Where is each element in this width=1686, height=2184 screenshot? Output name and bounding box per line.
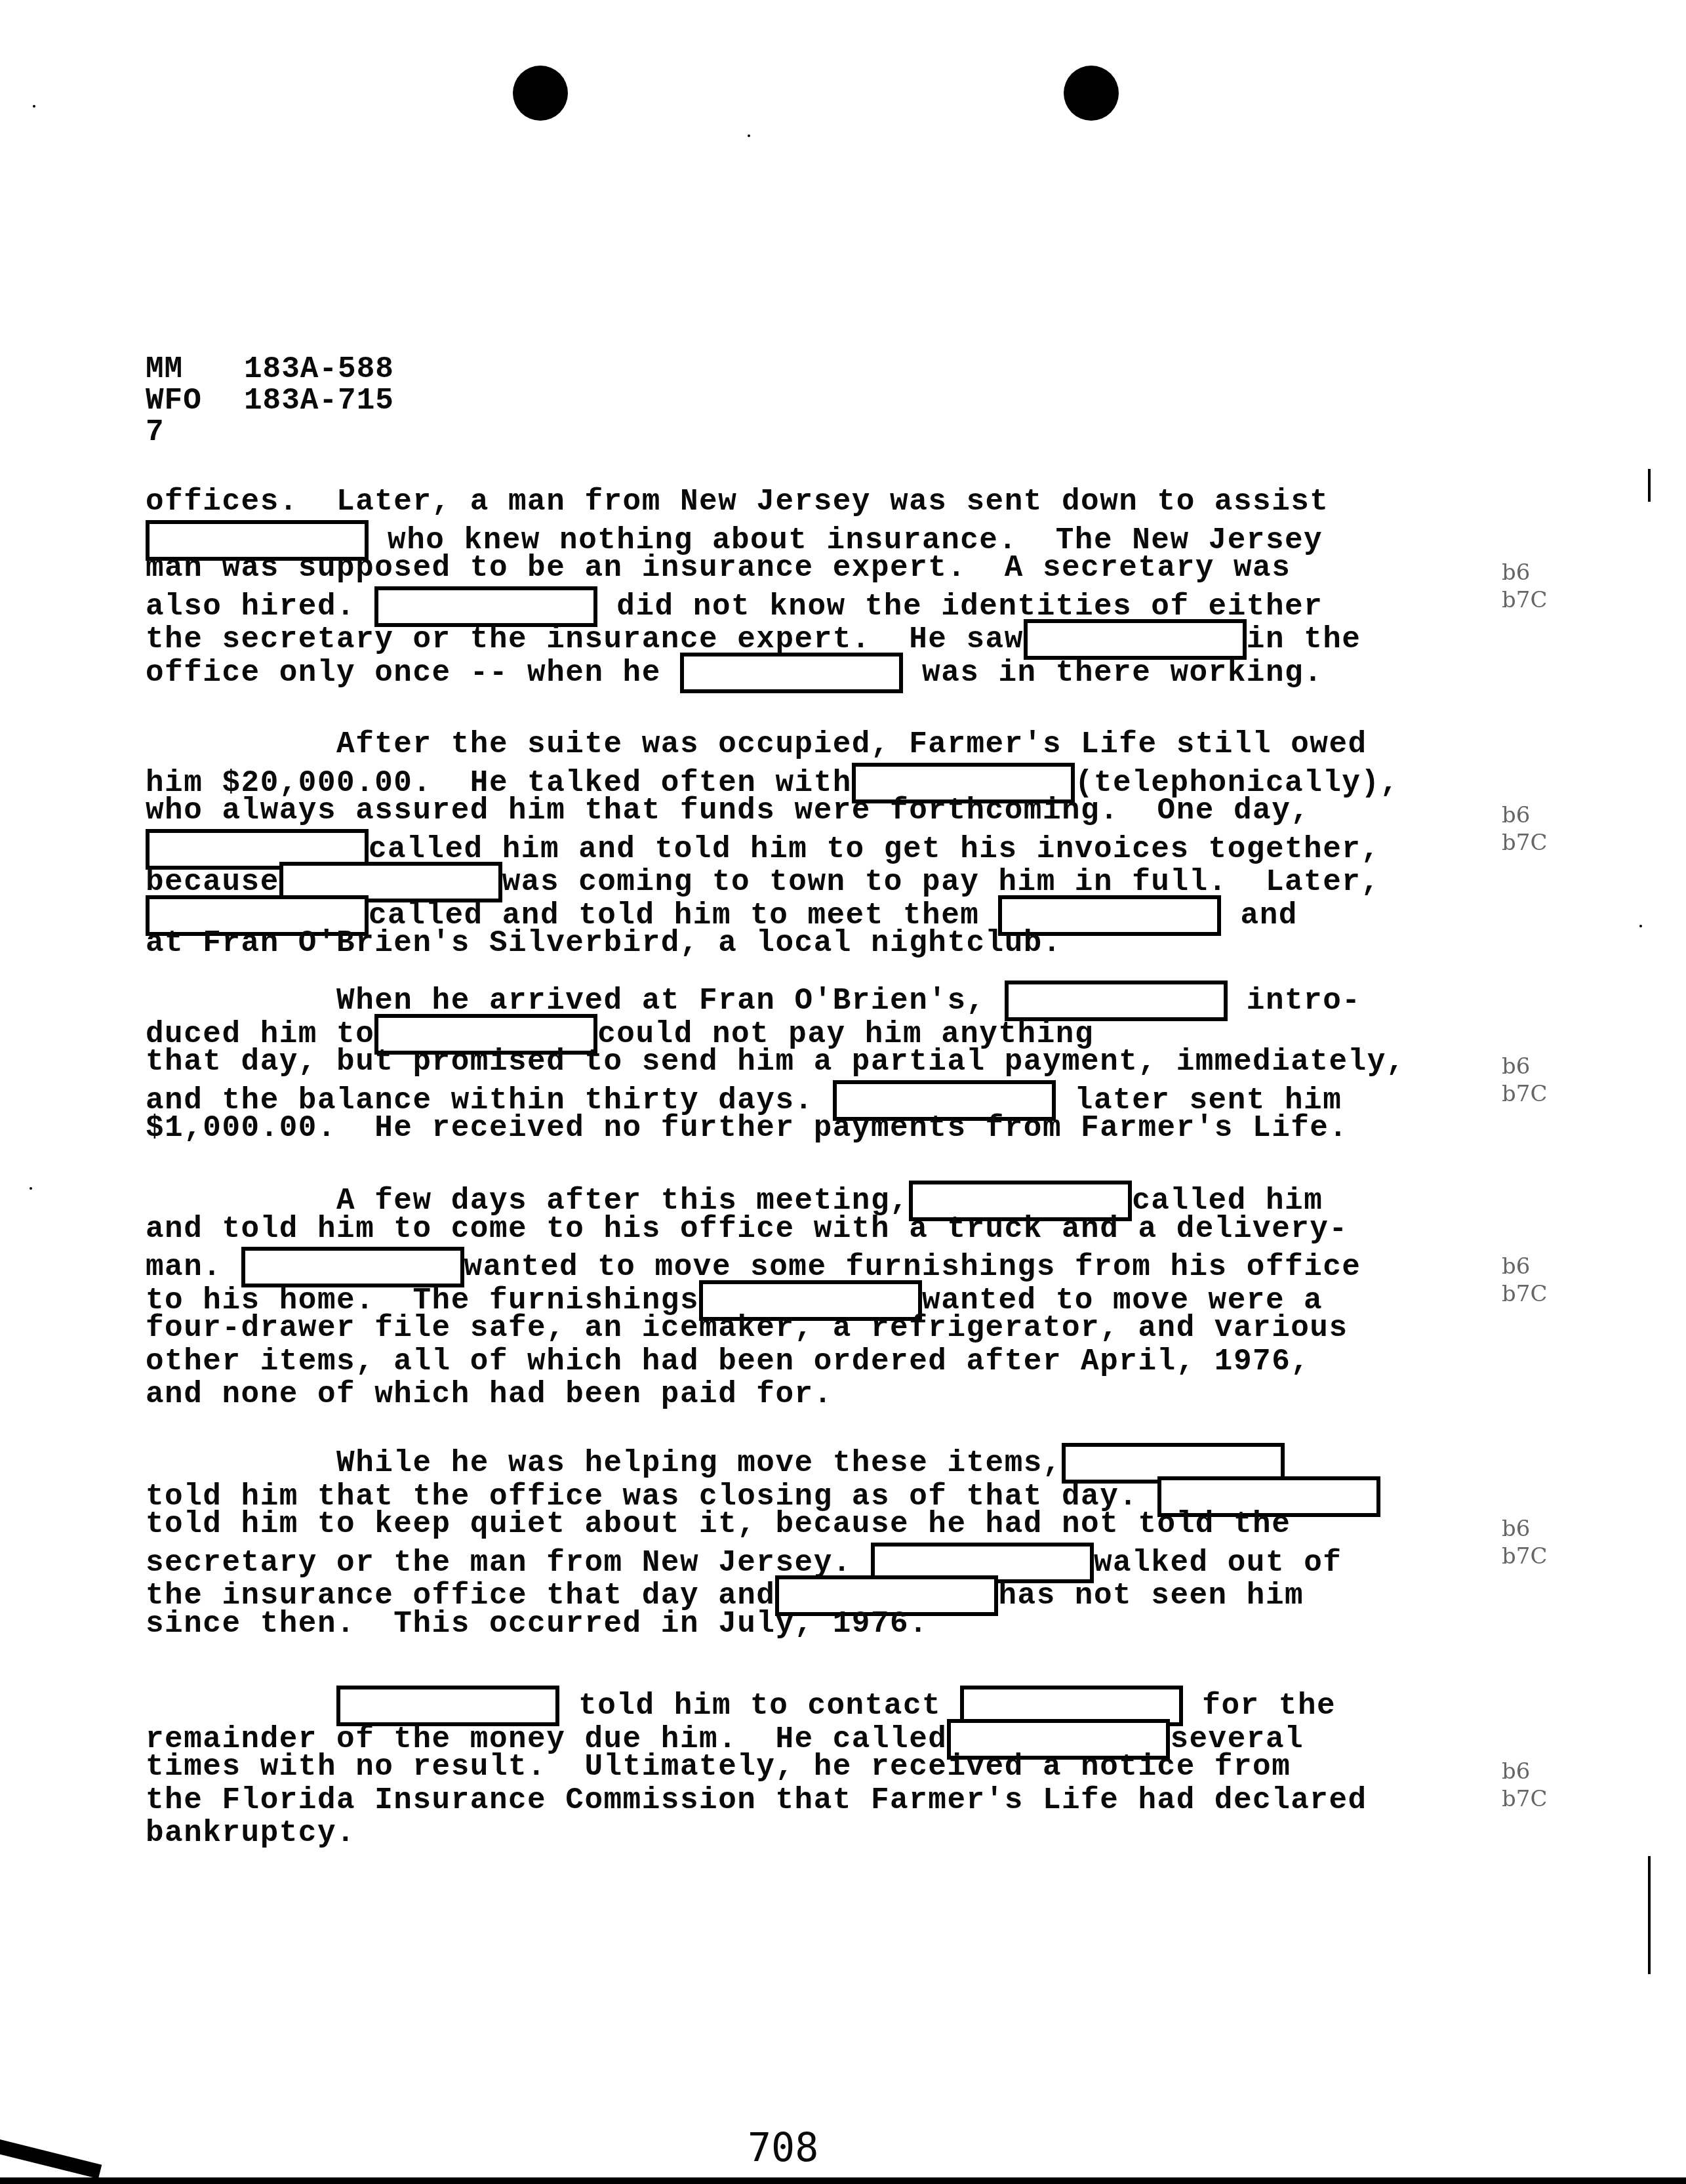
file-office: MM — [146, 354, 244, 384]
scan-mark — [1648, 1856, 1651, 1974]
text-segment: walked out of — [1094, 1546, 1342, 1580]
text-segment: the secretary or the insurance expert. H… — [146, 622, 1024, 657]
scan-speck — [30, 1187, 32, 1190]
file-number: 183A-715 — [244, 384, 394, 418]
exemption-code: b7C — [1502, 1543, 1547, 1570]
exemption-code-pair: b6b7C — [1502, 801, 1547, 857]
text-segment: that day, but promised to send him a par… — [146, 1045, 1405, 1079]
text-line: other items, all of which had been order… — [146, 1346, 1310, 1377]
exemption-code: b7C — [1502, 586, 1547, 614]
exemption-code-pair: b6b7C — [1502, 1758, 1547, 1813]
text-segment: the Florida Insurance Commission that Fa… — [146, 1783, 1367, 1817]
text-segment: did not know the identities of either — [597, 590, 1323, 624]
exemption-code: b6 — [1502, 1515, 1547, 1543]
text-segment: and — [1221, 899, 1297, 933]
exemption-code: b7C — [1502, 829, 1547, 857]
text-line: office only once -- when he was in there… — [146, 653, 1323, 693]
exemption-code: b7C — [1502, 1080, 1547, 1108]
exemption-code-pair: b6b7C — [1502, 559, 1547, 614]
text-segment: for the — [1183, 1689, 1336, 1723]
scan-edge — [0, 2177, 1686, 2184]
text-line: and none of which had been paid for. — [146, 1379, 833, 1409]
text-segment: four-drawer file safe, an icemaker, a re… — [146, 1311, 1348, 1345]
text-line: told him to keep quiet about it, because… — [146, 1509, 1291, 1539]
text-segment: called him and told him to get his invoi… — [369, 832, 1380, 866]
scan-edge — [0, 2139, 102, 2179]
exemption-code: b7C — [1502, 1785, 1547, 1813]
text-segment: was coming to town to pay him in full. L… — [502, 865, 1380, 899]
exemption-code: b7C — [1502, 1280, 1547, 1308]
text-segment: After the suite was occupied, Farmer's L… — [146, 727, 1367, 761]
text-line: the Florida Insurance Commission that Fa… — [146, 1785, 1367, 1815]
text-segment: told him to contact — [559, 1689, 960, 1723]
page-index: 7 — [146, 417, 165, 447]
text-segment: offices. Later, a man from New Jersey wa… — [146, 485, 1329, 519]
exemption-code: b6 — [1502, 801, 1547, 829]
text-line: man was supposed to be an insurance expe… — [146, 553, 1291, 583]
text-segment: in the — [1247, 622, 1361, 657]
text-segment: office only once -- when he — [146, 656, 680, 690]
text-segment: intro- — [1228, 984, 1361, 1018]
file-office: WFO — [146, 386, 244, 416]
exemption-code: b6 — [1502, 559, 1547, 586]
scan-speck — [1639, 925, 1642, 927]
exemption-code: b6 — [1502, 1053, 1547, 1080]
text-segment: man. — [146, 1250, 241, 1284]
text-line: that day, but promised to send him a par… — [146, 1047, 1405, 1077]
text-segment: secretary or the man from New Jersey. — [146, 1546, 871, 1580]
text-segment — [146, 1689, 336, 1723]
punch-hole — [1064, 66, 1119, 121]
exemption-code-pair: b6b7C — [1502, 1053, 1547, 1108]
text-segment: and told him to come to his office with … — [146, 1212, 1348, 1246]
text-segment: man was supposed to be an insurance expe… — [146, 551, 1291, 585]
text-segment: wanted to move some furnishings from his… — [464, 1250, 1361, 1284]
text-line: four-drawer file safe, an icemaker, a re… — [146, 1313, 1348, 1343]
scan-speck — [748, 134, 750, 137]
text-line: since then. This occurred in July, 1976. — [146, 1609, 928, 1639]
text-line: times with no result. Ultimately, he rec… — [146, 1752, 1291, 1782]
file-number: 183A-588 — [244, 352, 394, 386]
text-line: $1,000.00. He received no further paymen… — [146, 1113, 1348, 1143]
text-line: bankruptcy. — [146, 1818, 355, 1848]
text-line: and told him to come to his office with … — [146, 1214, 1348, 1244]
text-segment: told him to keep quiet about it, because… — [146, 1507, 1291, 1541]
exemption-code: b6 — [1502, 1253, 1547, 1280]
text-segment: While he was helping move these items, — [146, 1446, 1062, 1480]
text-line: After the suite was occupied, Farmer's L… — [146, 729, 1367, 759]
text-segment: When he arrived at Fran O'Brien's, — [146, 984, 1005, 1018]
text-segment: has not seen him — [998, 1579, 1304, 1613]
text-segment: bankruptcy. — [146, 1816, 355, 1850]
document-page: MM183A-588 WFO183A-715 7 offices. Later,… — [0, 0, 1686, 2184]
text-line: at Fran O'Brien's Silverbird, a local ni… — [146, 928, 1062, 958]
text-line: offices. Later, a man from New Jersey wa… — [146, 487, 1329, 517]
exemption-code: b6 — [1502, 1758, 1547, 1785]
text-segment: was in there working. — [903, 656, 1323, 690]
scan-speck — [33, 105, 35, 108]
text-segment: at Fran O'Brien's Silverbird, a local ni… — [146, 926, 1062, 960]
redaction-box — [680, 653, 903, 693]
text-segment: times with no result. Ultimately, he rec… — [146, 1750, 1291, 1784]
file-ref-2: WFO183A-715 — [146, 386, 394, 416]
text-segment: since then. This occurred in July, 1976. — [146, 1607, 928, 1641]
text-segment: also hired. — [146, 590, 374, 624]
scan-mark — [1648, 469, 1651, 502]
text-segment: other items, all of which had been order… — [146, 1345, 1310, 1379]
text-segment: and none of which had been paid for. — [146, 1377, 833, 1411]
exemption-code-pair: b6b7C — [1502, 1515, 1547, 1570]
page-footer-number: 708 — [748, 2125, 818, 2171]
file-ref-1: MM183A-588 — [146, 354, 394, 384]
text-line: who always assured him that funds were f… — [146, 796, 1310, 826]
text-segment: who always assured him that funds were f… — [146, 794, 1310, 828]
exemption-code-pair: b6b7C — [1502, 1253, 1547, 1308]
punch-hole — [513, 66, 568, 121]
text-segment: because — [146, 865, 279, 899]
text-segment: $1,000.00. He received no further paymen… — [146, 1111, 1348, 1145]
